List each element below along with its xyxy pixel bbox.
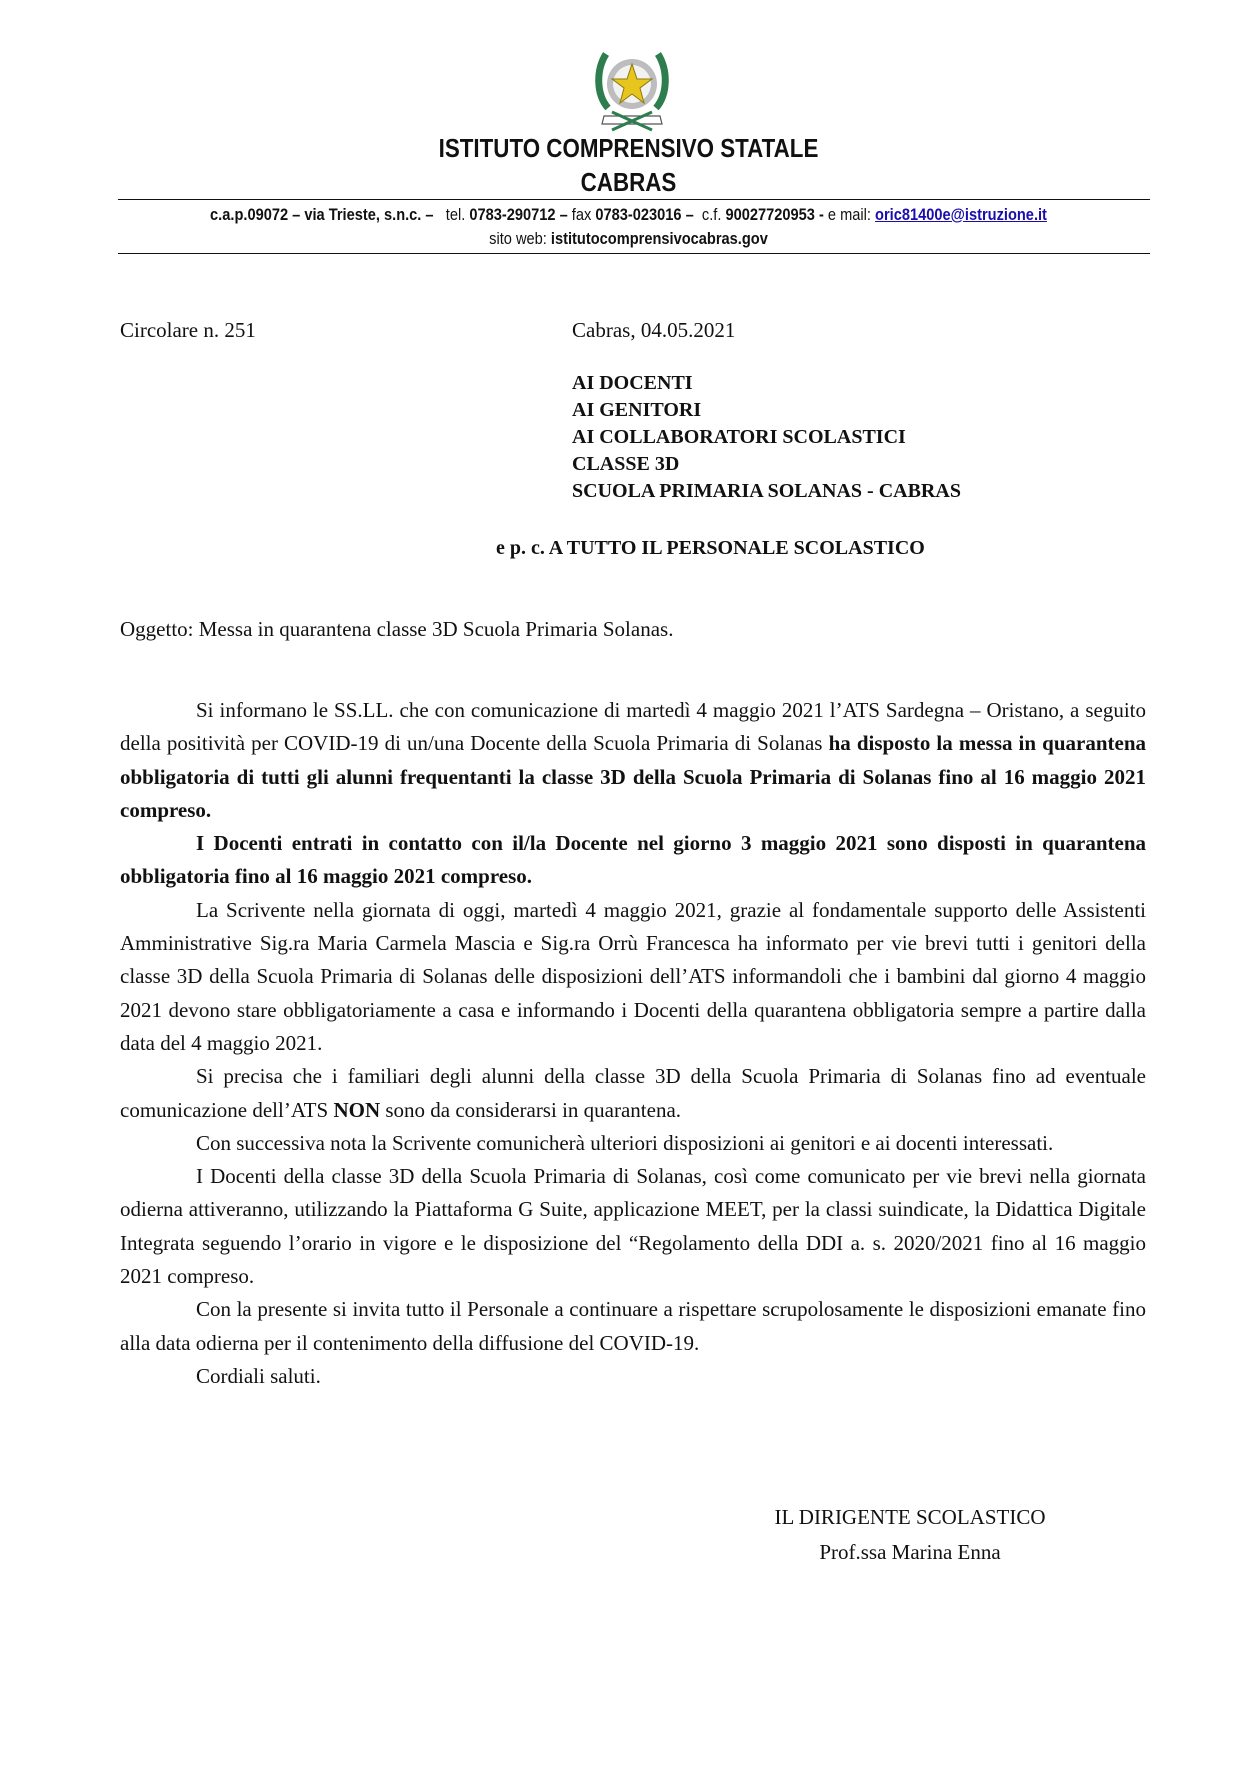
- cf-number: 90027720953 -: [725, 205, 823, 224]
- paragraph: Si precisa che i familiari degli alunni …: [120, 1060, 1146, 1127]
- subject-line: Oggetto: Messa in quarantena classe 3D S…: [120, 613, 673, 646]
- paragraph-bold-text: I Docenti entrati in contatto con il/la …: [120, 831, 1146, 888]
- paragraph-text: sono da considerarsi in quarantena.: [380, 1098, 681, 1122]
- recipient: AI GENITORI: [572, 397, 961, 424]
- paragraph: Con successiva nota la Scrivente comunic…: [120, 1127, 1146, 1160]
- recipient: AI DOCENTI: [572, 370, 961, 397]
- email-label: e mail:: [828, 205, 871, 224]
- institute-city: CABRAS: [88, 167, 1169, 198]
- website-line: sito web: istitutocomprensivocabras.gov: [88, 229, 1169, 249]
- emphasis-non: NON: [333, 1098, 380, 1122]
- fax-number: 0783-023016 –: [595, 205, 693, 224]
- closing: Cordiali saluti.: [120, 1360, 1146, 1393]
- cc-line: e p. c. A TUTTO IL PERSONALE SCOLASTICO: [496, 532, 925, 565]
- email-link[interactable]: oric81400e@istruzione.it: [875, 205, 1047, 224]
- signature-name: Prof.ssa Marina Enna: [740, 1540, 1080, 1565]
- paragraph: I Docenti entrati in contatto con il/la …: [120, 827, 1146, 894]
- signature-title: IL DIRIGENTE SCOLASTICO: [740, 1505, 1080, 1530]
- recipient: SCUOLA PRIMARIA SOLANAS - CABRAS: [572, 478, 961, 505]
- circular-number: Circolare n. 251: [120, 314, 256, 347]
- institute-name: ISTITUTO COMPRENSIVO STATALE: [88, 133, 1169, 164]
- paragraph: Con la presente si invita tutto il Perso…: [120, 1293, 1146, 1360]
- recipient: CLASSE 3D: [572, 451, 961, 478]
- paragraph: Si informano le SS.LL. che con comunicaz…: [120, 694, 1146, 827]
- recipient: AI COLLABORATORI SCOLASTICI: [572, 424, 961, 451]
- fax-label: fax: [572, 205, 592, 224]
- address: 09072 – via Trieste, s.n.c. –: [247, 205, 433, 224]
- cap-label: c.a.p.: [210, 205, 247, 224]
- letter-body: Si informano le SS.LL. che con comunicaz…: [120, 694, 1146, 1393]
- contact-line: c.a.p.09072 – via Trieste, s.n.c. – tel.…: [88, 205, 1169, 225]
- tel-label: tel.: [446, 205, 466, 224]
- paragraph: I Docenti della classe 3D della Scuola P…: [120, 1160, 1146, 1293]
- website-url: istitutocomprensivocabras.gov: [551, 229, 768, 248]
- website-label: sito web:: [489, 229, 547, 248]
- recipients-list: AI DOCENTI AI GENITORI AI COLLABORATORI …: [572, 370, 961, 505]
- paragraph: La Scrivente nella giornata di oggi, mar…: [120, 894, 1146, 1060]
- tel-number: 0783-290712 –: [469, 205, 567, 224]
- header-divider-top: [118, 199, 1150, 200]
- place-date: Cabras, 04.05.2021: [572, 314, 735, 347]
- header-divider-bottom: [118, 253, 1150, 254]
- italian-republic-emblem-icon: [592, 42, 672, 134]
- cf-label: c.f.: [702, 205, 721, 224]
